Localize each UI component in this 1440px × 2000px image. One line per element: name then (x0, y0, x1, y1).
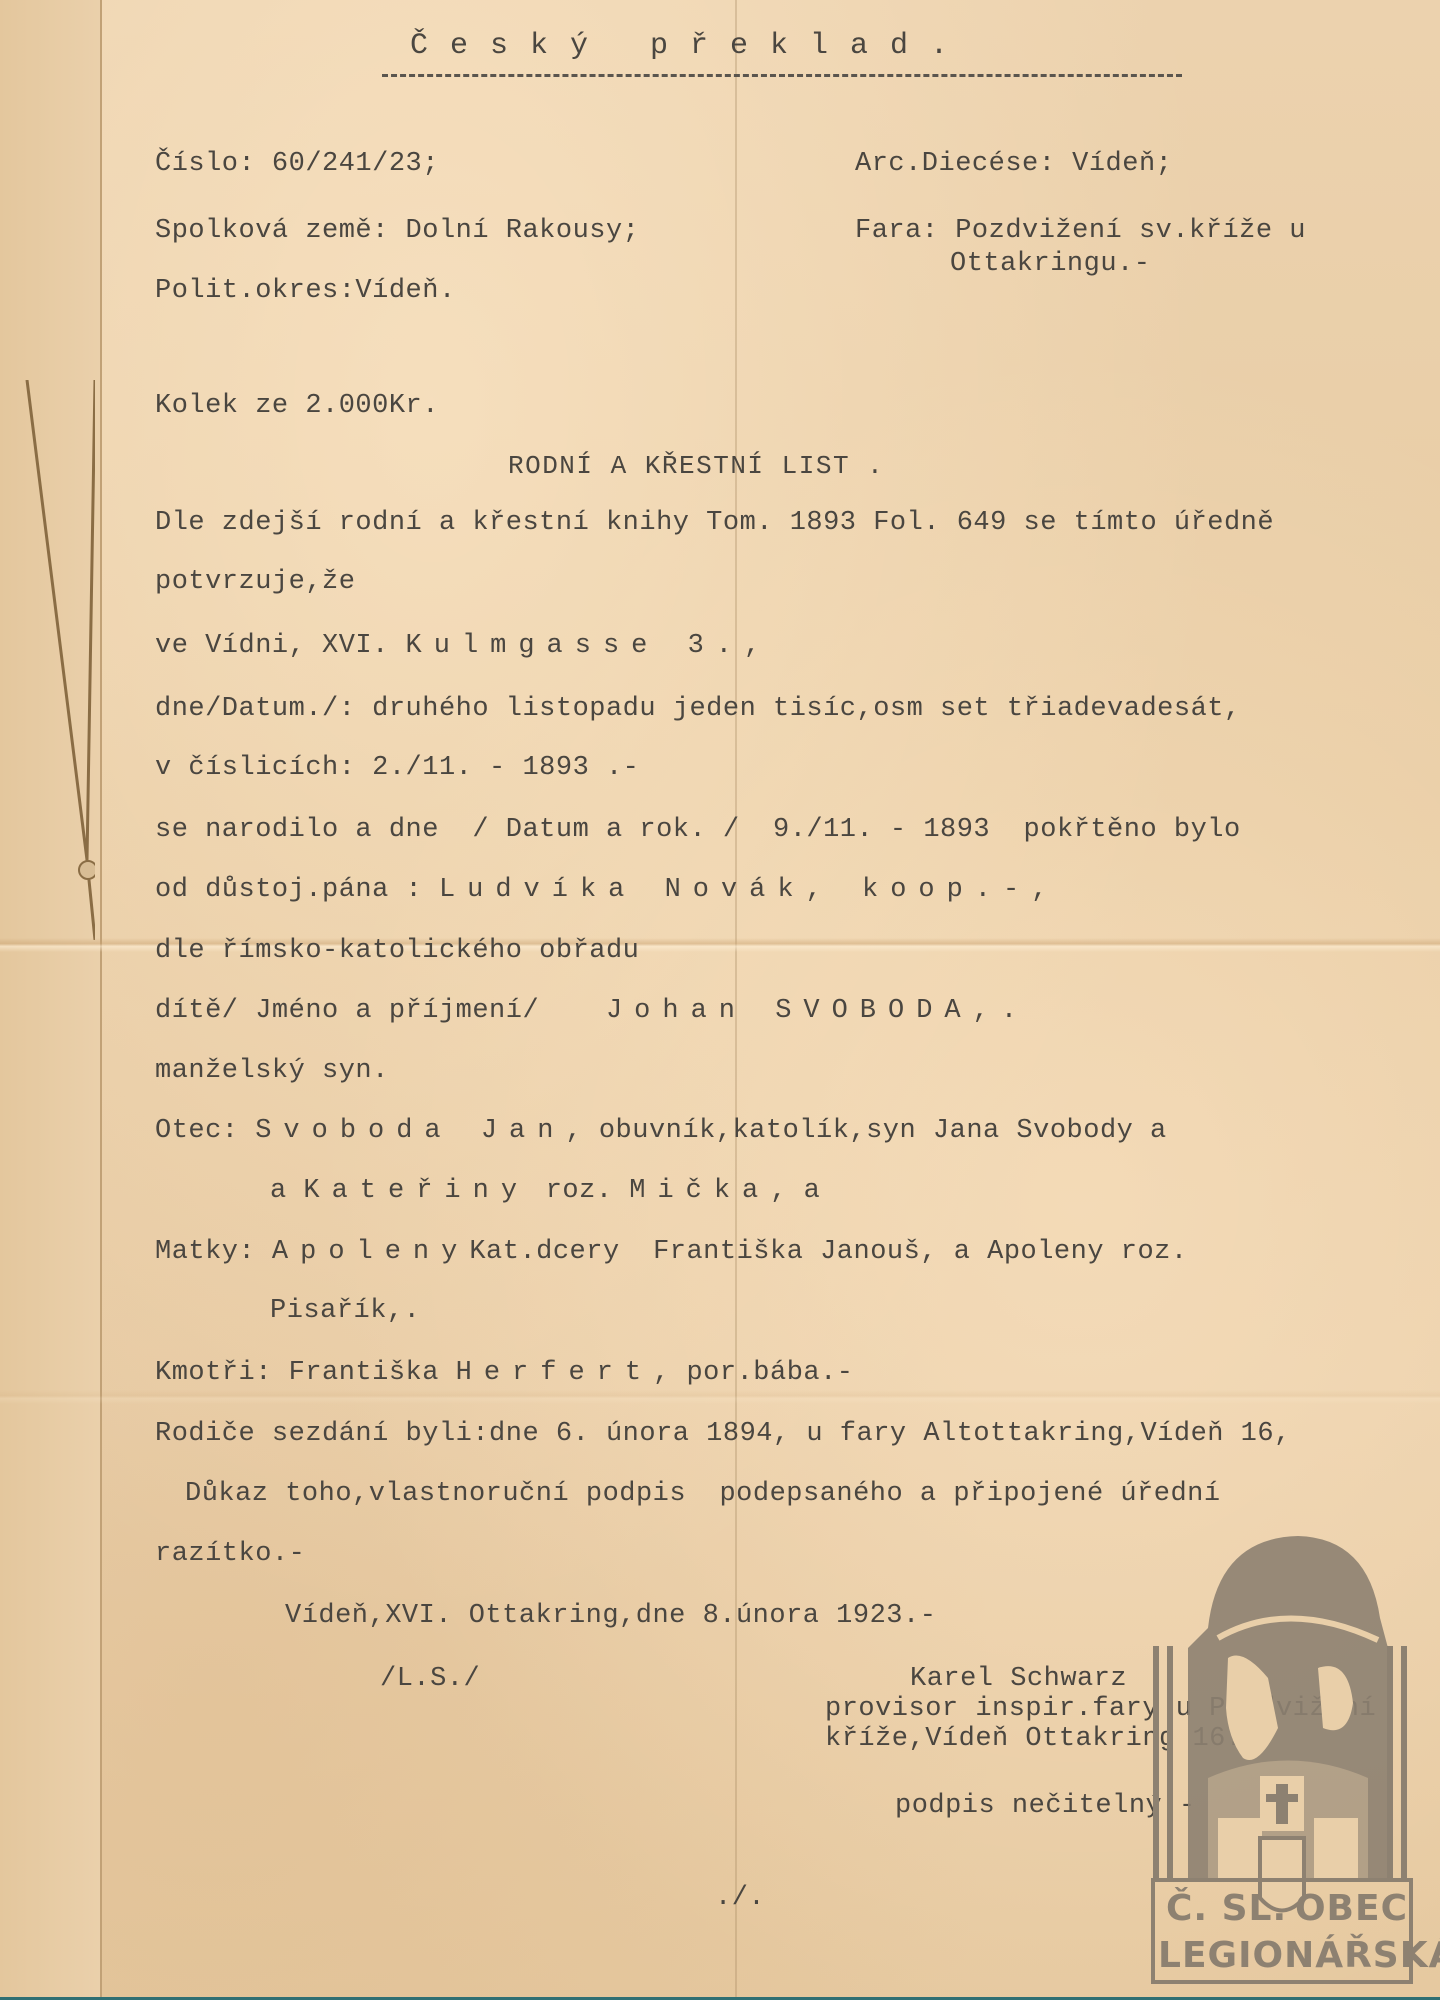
parents-marriage: Rodiče sezdání byli:dne 6. února 1894, u… (155, 1418, 1291, 1450)
document-title: Český překlad. (410, 30, 970, 62)
federal-state: Spolková země: Dolní Rakousy; (155, 215, 639, 247)
fold-line-horizontal (0, 1390, 1440, 1404)
father-details: , obuvník,katolík,syn Jana Svobody a (565, 1116, 1166, 1146)
proof-line2: razítko.- (155, 1538, 305, 1570)
father-mother: a Kateřiny roz. Mička, a (270, 1175, 820, 1207)
watermark-text-bottom: LEGIONÁŘSKÁ (1158, 1935, 1418, 1976)
child: dítě/ Jméno a příjmení/ Johan SVOBODA,. (155, 995, 1029, 1027)
father-name: Svoboda Jan (255, 1116, 565, 1146)
certificate-heading: RODNÍ A KŘESTNÍ LIST . (508, 450, 884, 482)
child-prefix: dítě/ Jméno a příjmení/ (155, 996, 539, 1026)
body-line: potvrzuje,že (155, 566, 355, 598)
birth-place-prefix: ve Vídni, XVI. (155, 631, 389, 661)
godparents-details: , por.bába.- (653, 1358, 853, 1388)
binding-thread (25, 380, 95, 940)
birth-date-digits: v číslicích: 2./11. - 1893 .- (155, 752, 639, 784)
political-district: Polit.okres:Vídeň. (155, 275, 456, 307)
body-line: Dle zdejší rodní a křestní knihy Tom. 18… (155, 507, 1274, 539)
priest-name: Ludvíka Novák, koop.-, (439, 875, 1059, 905)
mother-prefix: Matky: (155, 1237, 255, 1267)
baptism-date: se narodilo a dne / Datum a rok. / 9./11… (155, 814, 1241, 846)
seal-mark: /L.S./ (380, 1663, 480, 1695)
child-name: Johan SVOBODA,. (606, 996, 1029, 1026)
roz-label: roz. (546, 1176, 613, 1206)
parish-line2: Ottakringu.- (950, 248, 1150, 280)
birth-place: ve Vídni, XVI. Kulmgasse 3., (155, 630, 772, 662)
father-prefix: Otec: (155, 1116, 239, 1146)
watermark-text-right: OBEC (1158, 1888, 1408, 1929)
archdiocese: Arc.Diecése: Vídeň; (855, 148, 1172, 180)
priest: od důstoj.pána : Ludvíka Novák, koop.-, (155, 874, 1059, 906)
mother-details: Kat.dcery Františka Janouš, a Apoleny ro… (469, 1237, 1187, 1267)
birth-street: Kulmgasse 3., (406, 631, 773, 661)
connector: a (270, 1176, 287, 1206)
godparent-name: Herfert (456, 1358, 653, 1388)
page-mark: ./. (715, 1882, 765, 1914)
child-status: manželský syn. (155, 1055, 389, 1087)
mother-name: Apoleny (272, 1237, 469, 1267)
godparents: Kmotři: Františka Herfert, por.bába.- (155, 1357, 854, 1389)
father: Otec: Svoboda Jan, obuvník,katolík,syn J… (155, 1115, 1167, 1147)
birth-date-words: dne/Datum./: druhého listopadu jeden tis… (155, 693, 1241, 725)
godparents-prefix: Kmotři: Františka (155, 1358, 439, 1388)
title-underline (382, 74, 1182, 77)
mother-line2: Pisařík,. (270, 1295, 420, 1327)
priest-prefix: od důstoj.pána : (155, 875, 422, 905)
parish-line1: Fara: Pozdvižení sv.kříže u (855, 215, 1306, 247)
mother: Matky: ApolenyKat.dcery Františka Janouš… (155, 1236, 1188, 1268)
grandmother-maiden: Mička (629, 1176, 770, 1206)
document-page: Český překlad. Číslo: 60/241/23; Arc.Die… (0, 0, 1440, 2000)
reference-number: Číslo: 60/241/23; (155, 148, 439, 180)
rite: dle římsko-katolického obřadu (155, 935, 639, 967)
signatory-name: Karel Schwarz (910, 1663, 1127, 1695)
connector-end: , a (770, 1176, 820, 1206)
grandmother-name: Kateřiny (303, 1176, 529, 1206)
place-and-date: Vídeň,XVI. Ottakring,dne 8.února 1923.- (285, 1600, 936, 1632)
folded-edge (0, 0, 102, 2000)
stamp-duty: Kolek ze 2.000Kr. (155, 390, 439, 422)
proof-line1: Důkaz toho,vlastnoruční podpis podepsané… (185, 1478, 1221, 1510)
